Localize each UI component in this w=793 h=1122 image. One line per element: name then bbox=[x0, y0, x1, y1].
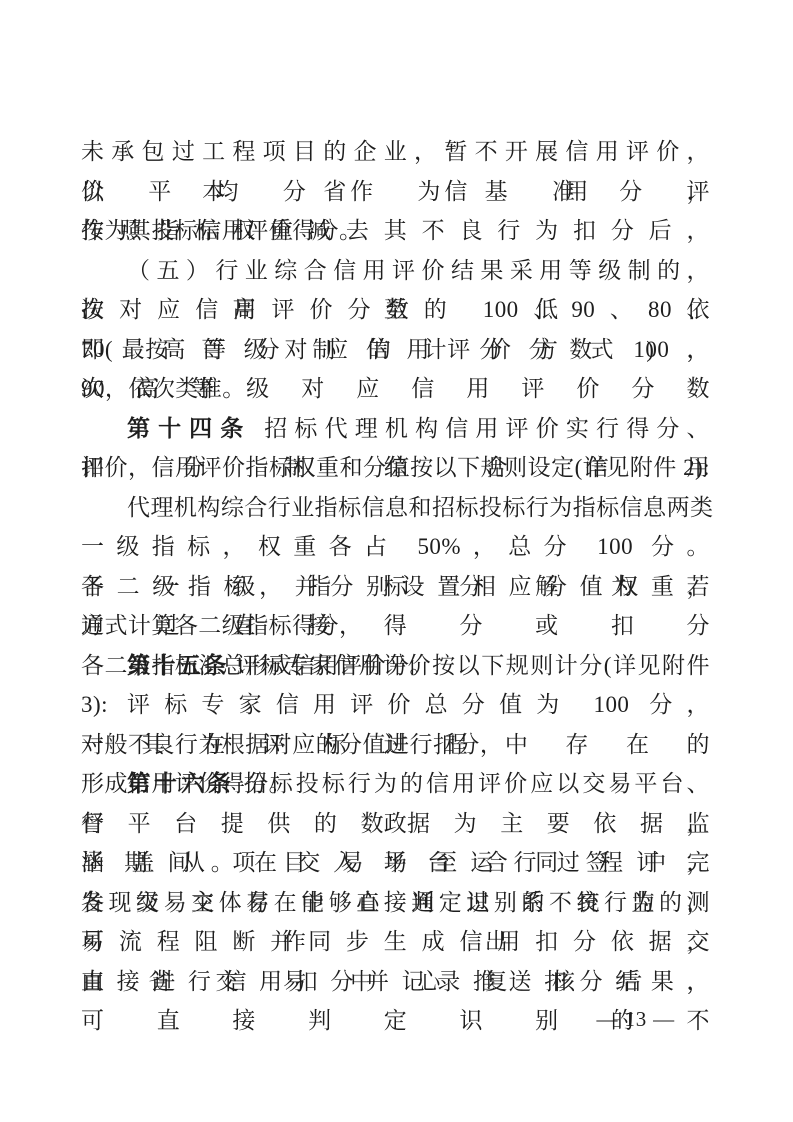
text-line: 一级指标，权重各占 50%，总分 100 分。各一级指标分解为若 bbox=[81, 527, 710, 567]
text-line: 次对应信用评价分数的 100、90、80、70(按百分制的计分方式)， bbox=[81, 290, 710, 330]
text-line: 督平台提供的数据为主要依据，涵盖从项目入场至合同签订完 bbox=[81, 804, 710, 844]
text-line: 评价，信用评价指标权重和分值按以下规则设定(详见附件 2): bbox=[81, 448, 710, 488]
line-text: 90，依次类推。 bbox=[81, 376, 246, 401]
text-line: 即最高等级对应信用评价分数 100，次高等级对应信用评价分数 bbox=[81, 330, 710, 370]
text-line: 发现交易主体存在能够直接判定识别的不良行为的，可作出交 bbox=[81, 883, 710, 923]
text-line: 干二级指标，并分别设置相应分值权重，通过直接得分或扣分 bbox=[81, 567, 710, 607]
text-line: 价平均分作为基准分，按照指标权重减去其不良行为扣分后， bbox=[81, 172, 710, 212]
document-page: 未承包过工程项目的企业，暂不开展信用评价，以本省信用评价平均分作为基准分，按照指… bbox=[0, 0, 793, 1122]
text-line: 毕期间。在交易平台运行过程中，各级交易中心通过系统监测 bbox=[81, 843, 710, 883]
line-text: 代理机构综合行业指标信息和招标投标行为指标信息两类 bbox=[127, 495, 714, 520]
text-line: （五）行业综合信用评价结果采用等级制的，按高至低依 bbox=[81, 251, 710, 291]
text-line: 第十六条 招标投标行为的信用评价应以交易平台、行政监 bbox=[81, 764, 710, 804]
text-line: 未承包过工程项目的企业，暂不开展信用评价，以本省信用评 bbox=[81, 132, 710, 172]
text-line: 代理机构综合行业指标信息和招标投标行为指标信息两类 bbox=[81, 488, 710, 528]
text-block: 未承包过工程项目的企业，暂不开展信用评价，以本省信用评价平均分作为基准分，按照指… bbox=[81, 132, 710, 1001]
line-text: 评价，信用评价指标权重和分值按以下规则设定(详见附件 2): bbox=[81, 455, 710, 480]
article-number: 第十六条 bbox=[127, 771, 235, 796]
text-line: 直接进行信用扣分并记录推送扣分结果，可直接判定识别的不 bbox=[81, 962, 710, 1002]
text-line: 第十四条 招标代理机构信用评价实行得分、扣分制综合信用 bbox=[81, 409, 710, 449]
text-line: 第十五条 评标专家信用评价按以下规则计分(详见附件 3): bbox=[81, 646, 710, 686]
article-number: 第十五条 bbox=[127, 653, 229, 678]
article-number: 第十四条 bbox=[127, 416, 251, 441]
page-number: — 13 — bbox=[596, 1007, 675, 1032]
line-text: 作为其投标信用评价得分。 bbox=[81, 218, 363, 243]
text-line: 评标专家信用评价总分值为 100 分，对其在评标过程中存在的 bbox=[81, 685, 710, 725]
text-line: 易流程阻断并同步生成信用扣分依据，由省交易中心复核后， bbox=[81, 922, 710, 962]
